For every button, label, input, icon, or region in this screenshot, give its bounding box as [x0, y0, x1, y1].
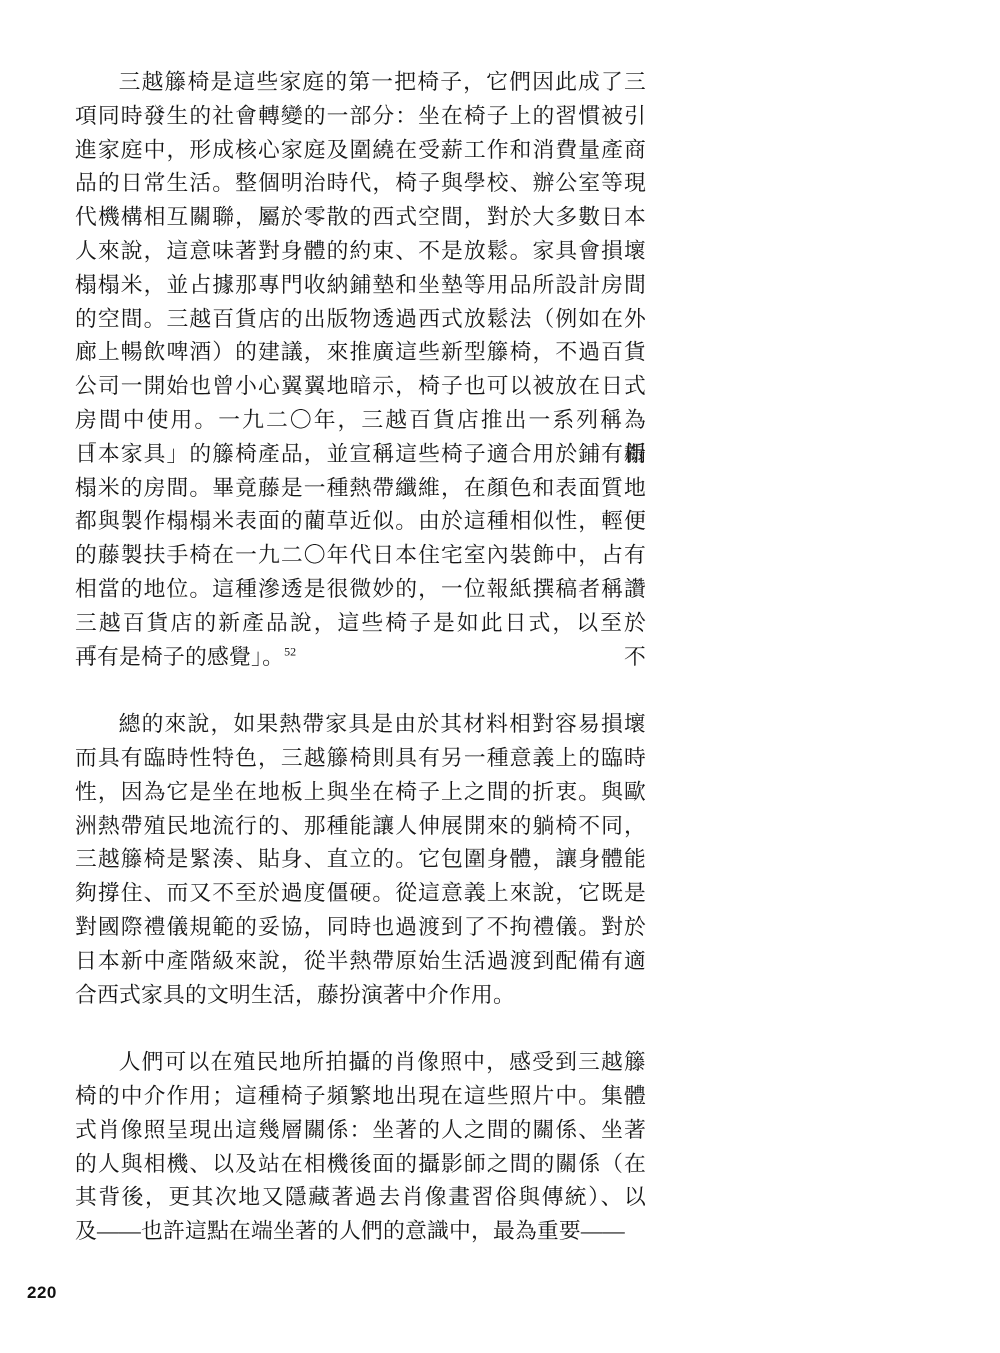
- text-line: 進家庭中，形成核心家庭及圍繞在受薪工作和消費量產商: [75, 134, 646, 168]
- text-line: 的人與相機、以及站在相機後面的攝影師之間的關係（在: [75, 1148, 646, 1182]
- text-line: 的藤製扶手椅在一九二〇年代日本住宅室內裝飾中，占有: [75, 539, 646, 573]
- text-line: 項同時發生的社會轉變的一部分：坐在椅子上的習慣被引: [75, 100, 646, 134]
- text-line: 日本新中產階級來說，從半熱帶原始生活過渡到配備有適: [75, 945, 646, 979]
- book-page: 三越籐椅是這些家庭的第一把椅子，它們因此成了三項同時發生的社會轉變的一部分：坐在…: [0, 0, 1000, 1353]
- text-line: 對國際禮儀規範的妥協，同時也過渡到了不拘禮儀。對於: [75, 911, 646, 945]
- text-line: 而具有臨時性特色，三越籐椅則具有另一種意義上的臨時: [75, 742, 646, 776]
- page-number: 220: [27, 1283, 57, 1303]
- text-line: 其背後，更其次地又隱藏著過去肖像畫習俗與傳統）、以: [75, 1181, 646, 1215]
- text-line: 公司一開始也曾小心翼翼地暗示，椅子也可以被放在日式: [75, 370, 646, 404]
- text-line: 合西式家具的文明生活，藤扮演著中介作用。: [75, 979, 646, 1013]
- paragraph: 總的來說，如果熱帶家具是由於其材料相對容易損壞而具有臨時性特色，三越籐椅則具有另…: [75, 708, 646, 1012]
- footnote-marker: 52: [284, 644, 296, 658]
- text-line: 都與製作榻榻米表面的藺草近似。由於這種相似性，輕便: [75, 505, 646, 539]
- text-line: 房間中使用。一九二〇年，三越百貨店推出一系列稱為「新: [75, 404, 646, 438]
- text-line: 總的來說，如果熱帶家具是由於其材料相對容易損壞: [75, 708, 646, 742]
- text-line: 椅的中介作用；這種椅子頻繁地出現在這些照片中。集體: [75, 1080, 646, 1114]
- text-line: 夠撐住、而又不至於過度僵硬。從這意義上來說，它既是: [75, 877, 646, 911]
- paragraph: 人們可以在殖民地所拍攝的肖像照中，感受到三越籐椅的中介作用；這種椅子頻繁地出現在…: [75, 1046, 646, 1249]
- text-line: 人來說，這意味著對身體的約束、不是放鬆。家具會損壞: [75, 235, 646, 269]
- text-line: 三越百貨店的新產品說，這些椅子是如此日式，以至於「不: [75, 607, 646, 641]
- text-line: 三越籐椅是緊湊、貼身、直立的。它包圍身體，讓身體能: [75, 843, 646, 877]
- text-line: 人們可以在殖民地所拍攝的肖像照中，感受到三越籐: [75, 1046, 646, 1080]
- text-line: 品的日常生活。整個明治時代，椅子與學校、辦公室等現: [75, 167, 646, 201]
- text-line: 榻榻米，並占據那專門收納鋪墊和坐墊等用品所設計房間: [75, 269, 646, 303]
- text-line: 日本家具」的籐椅產品，並宣稱這些椅子適合用於鋪有榻: [75, 438, 646, 472]
- text-line: 性，因為它是坐在地板上與坐在椅子上之間的折衷。與歐: [75, 776, 646, 810]
- paragraph: 三越籐椅是這些家庭的第一把椅子，它們因此成了三項同時發生的社會轉變的一部分：坐在…: [75, 66, 646, 674]
- text-line: 的空間。三越百貨店的出版物透過西式放鬆法（例如在外: [75, 303, 646, 337]
- text-line: 榻米的房間。畢竟藤是一種熱帶纖維，在顏色和表面質地: [75, 472, 646, 506]
- body-text: 三越籐椅是這些家庭的第一把椅子，它們因此成了三項同時發生的社會轉變的一部分：坐在…: [75, 66, 646, 1283]
- text-line: 代機構相互關聯，屬於零散的西式空間，對於大多數日本: [75, 201, 646, 235]
- text-line: 廊上暢飲啤酒）的建議，來推廣這些新型籐椅，不過百貨: [75, 336, 646, 370]
- text-line: 及——也許這點在端坐著的人們的意識中，最為重要——: [75, 1215, 646, 1249]
- text-line: 三越籐椅是這些家庭的第一把椅子，它們因此成了三: [75, 66, 646, 100]
- text-line: 式肖像照呈現出這幾層關係：坐著的人之間的關係、坐著: [75, 1114, 646, 1148]
- text-line: 相當的地位。這種滲透是很微妙的，一位報紙撰稿者稱讚: [75, 573, 646, 607]
- text-line: 洲熱帶殖民地流行的、那種能讓人伸展開來的躺椅不同，: [75, 810, 646, 844]
